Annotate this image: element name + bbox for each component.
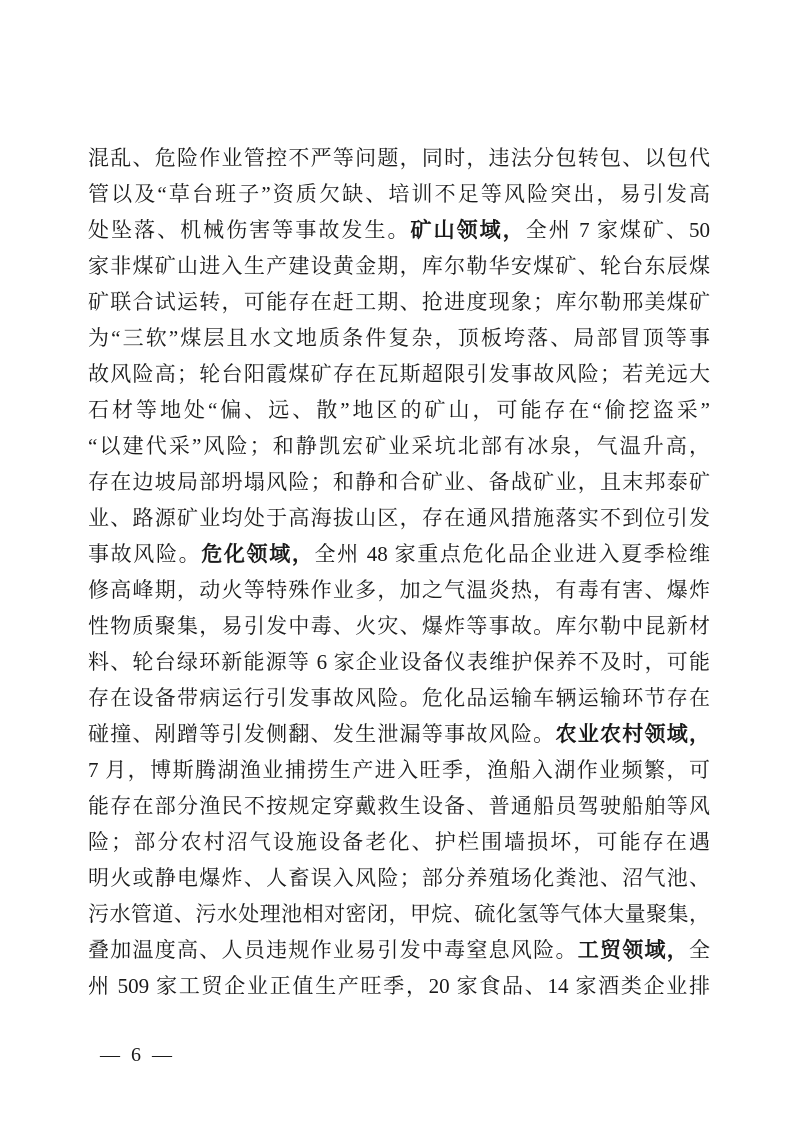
text-line: 故风险高；轮台阳霞煤矿存在瓦斯超限引发事故风险；若羌远大: [88, 356, 710, 392]
section-heading: 工贸领域，: [578, 939, 689, 962]
text-run: 全州 7 家煤矿、50: [526, 218, 710, 242]
text-run: 矿联合试运转，可能存在赶工期、抢进度现象；库尔勒邢美煤矿: [88, 290, 710, 314]
text-run: 混乱、危险作业管控不严等问题，同时，违法分包转包、以包代: [88, 146, 710, 170]
text-run: 事故风险。: [88, 542, 201, 566]
text-run: 家非煤矿山进入生产建设黄金期，库尔勒华安煤矿、轮台东辰煤: [88, 254, 710, 278]
text-line: 叠加温度高、人员违规作业易引发中毒窒息风险。工贸领域，全: [88, 932, 710, 968]
text-run: 能存在部分渔民不按规定穿戴救生设备、普通船员驾驶船舶等风: [88, 794, 710, 818]
text-line: 事故风险。危化领域，全州 48 家重点危化品企业进入夏季检维: [88, 536, 710, 572]
body-text: 混乱、危险作业管控不严等问题，同时，违法分包转包、以包代管以及“草台班子”资质欠…: [88, 140, 710, 1004]
text-line: 石材等地处“偏、远、散”地区的矿山，可能存在“偷挖盗采”: [88, 392, 710, 428]
text-line: 料、轮台绿环新能源等 6 家企业设备仪表维护保养不及时，可能: [88, 644, 710, 680]
section-heading: 农业农村领域，: [555, 723, 710, 746]
text-line: 矿联合试运转，可能存在赶工期、抢进度现象；库尔勒邢美煤矿: [88, 284, 710, 320]
text-run: 管以及“草台班子”资质欠缺、培训不足等风险突出，易引发高: [88, 182, 710, 206]
text-line: 险；部分农村沼气设施设备老化、护栏围墙损坏，可能存在遇: [88, 824, 710, 860]
text-run: 叠加温度高、人员违规作业易引发中毒窒息风险。: [88, 938, 578, 962]
text-run: 7 月，博斯腾湖渔业捕捞生产进入旺季，渔船入湖作业频繁，可: [88, 758, 710, 782]
text-run: 故风险高；轮台阳霞煤矿存在瓦斯超限引发事故风险；若羌远大: [88, 362, 710, 386]
text-line: 家非煤矿山进入生产建设黄金期，库尔勒华安煤矿、轮台东辰煤: [88, 248, 710, 284]
text-line: 管以及“草台班子”资质欠缺、培训不足等风险突出，易引发高: [88, 176, 710, 212]
text-run: 料、轮台绿环新能源等 6 家企业设备仪表维护保养不及时，可能: [88, 650, 710, 674]
text-line: 能存在部分渔民不按规定穿戴救生设备、普通船员驾驶船舶等风: [88, 788, 710, 824]
text-line: 修高峰期，动火等特殊作业多，加之气温炎热，有毒有害、爆炸: [88, 572, 710, 608]
text-run: 污水管道、污水处理池相对密闭，甲烷、硫化氢等气体大量聚集，: [88, 902, 710, 926]
text-run: 性物质聚集，易引发中毒、火灾、爆炸等事故。库尔勒中昆新材: [88, 614, 710, 638]
text-line: “以建代采”风险；和静凯宏矿业采坑北部有冰泉，气温升高，: [88, 428, 710, 464]
page-number: — 6 —: [100, 1044, 175, 1067]
text-run: 为“三软”煤层且水文地质条件复杂，顶板垮落、局部冒顶等事: [88, 326, 710, 350]
text-line: 性物质聚集，易引发中毒、火灾、爆炸等事故。库尔勒中昆新材: [88, 608, 710, 644]
section-heading: 危化领域，: [201, 543, 314, 566]
text-run: 碰撞、剐蹭等引发侧翻、发生泄漏等事故风险。: [88, 722, 555, 746]
text-run: 全: [689, 938, 710, 962]
text-run: 州 509 家工贸企业正值生产旺季，20 家食品、14 家酒类企业排: [88, 974, 710, 998]
text-run: 险；部分农村沼气设施设备老化、护栏围墙损坏，可能存在遇: [88, 830, 710, 854]
text-line: 州 509 家工贸企业正值生产旺季，20 家食品、14 家酒类企业排: [88, 968, 710, 1004]
text-line: 明火或静电爆炸、人畜误入风险；部分养殖场化粪池、沼气池、: [88, 860, 710, 896]
text-run: 存在设备带病运行引发事故风险。危化品运输车辆运输环节存在: [88, 686, 710, 710]
text-line: 污水管道、污水处理池相对密闭，甲烷、硫化氢等气体大量聚集，: [88, 896, 710, 932]
text-line: 处坠落、机械伤害等事故发生。矿山领域，全州 7 家煤矿、50: [88, 212, 710, 248]
text-line: 业、路源矿业均处于高海拔山区，存在通风措施落实不到位引发: [88, 500, 710, 536]
text-run: 处坠落、机械伤害等事故发生。: [88, 218, 411, 242]
text-line: 碰撞、剐蹭等引发侧翻、发生泄漏等事故风险。农业农村领域，: [88, 716, 710, 752]
text-line: 存在边坡局部坍塌风险；和静和合矿业、备战矿业，且末邦泰矿: [88, 464, 710, 500]
text-line: 存在设备带病运行引发事故风险。危化品运输车辆运输环节存在: [88, 680, 710, 716]
text-line: 7 月，博斯腾湖渔业捕捞生产进入旺季，渔船入湖作业频繁，可: [88, 752, 710, 788]
text-line: 为“三软”煤层且水文地质条件复杂，顶板垮落、局部冒顶等事: [88, 320, 710, 356]
text-run: 存在边坡局部坍塌风险；和静和合矿业、备战矿业，且末邦泰矿: [88, 470, 710, 494]
text-run: 修高峰期，动火等特殊作业多，加之气温炎热，有毒有害、爆炸: [88, 578, 710, 602]
text-run: 全州 48 家重点危化品企业进入夏季检维: [315, 542, 711, 566]
text-run: 明火或静电爆炸、人畜误入风险；部分养殖场化粪池、沼气池、: [88, 866, 710, 890]
text-run: 石材等地处“偏、远、散”地区的矿山，可能存在“偷挖盗采”: [88, 398, 710, 422]
text-line: 混乱、危险作业管控不严等问题，同时，违法分包转包、以包代: [88, 140, 710, 176]
text-run: “以建代采”风险；和静凯宏矿业采坑北部有冰泉，气温升高，: [88, 434, 710, 458]
document-page: 混乱、危险作业管控不严等问题，同时，违法分包转包、以包代管以及“草台班子”资质欠…: [0, 0, 793, 1122]
section-heading: 矿山领域，: [411, 219, 526, 242]
text-run: 业、路源矿业均处于高海拔山区，存在通风措施落实不到位引发: [88, 506, 710, 530]
